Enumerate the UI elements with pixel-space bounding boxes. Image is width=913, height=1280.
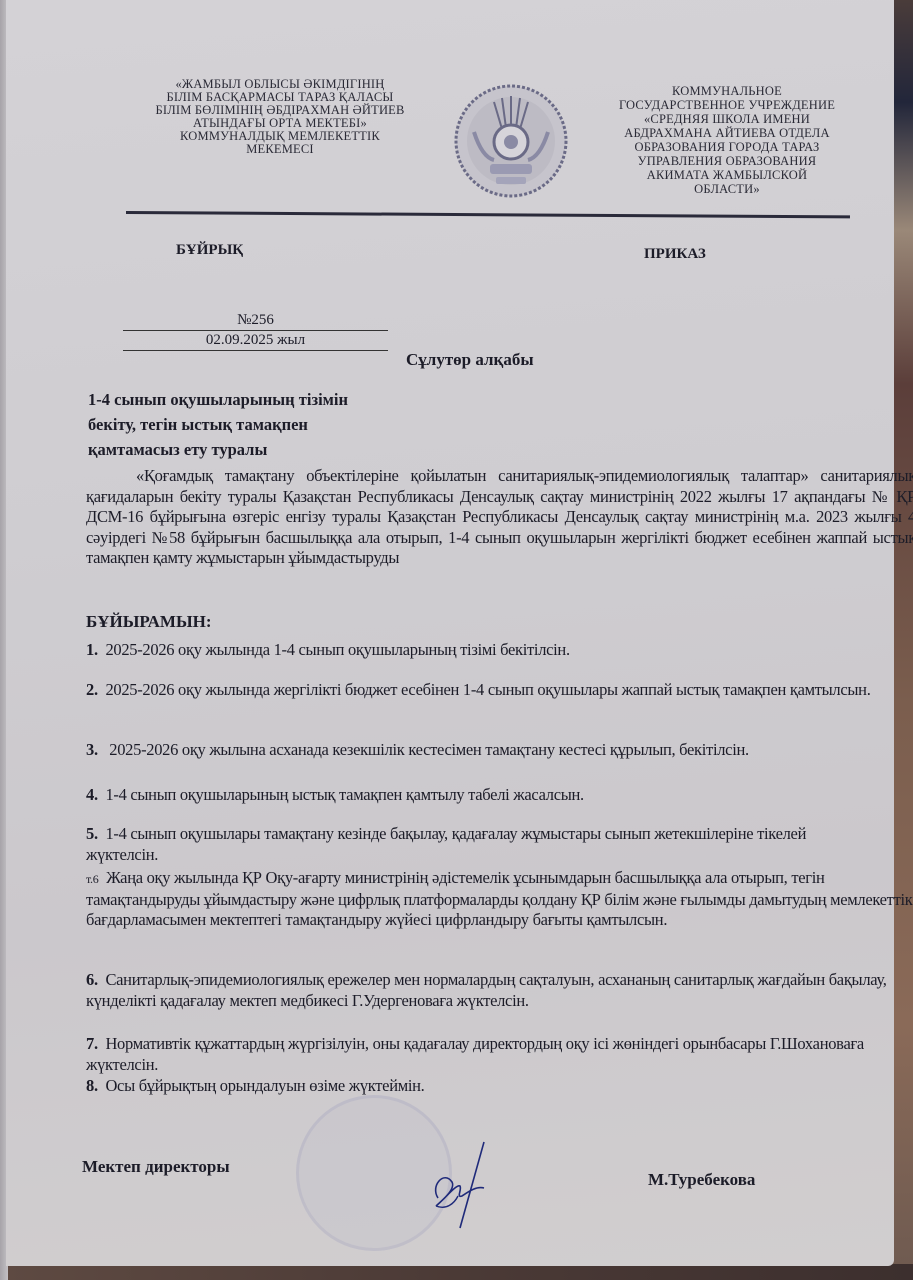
header-ru-line: ОБЛАСТИ»	[598, 182, 856, 196]
subject-line: 1-4 сынып оқушыларының тізімін	[88, 387, 348, 412]
item-text: Санитарлық-эпидемиологиялық ережелер мен…	[86, 970, 887, 1010]
header-kazakh: «ЖАМБЫЛ ОБЛЫСЫ ӘКІМДІГІНІҢ БІЛІМ БАСҚАРМ…	[130, 78, 430, 156]
signatory-name: М.Туребекова	[648, 1170, 755, 1190]
item-number: 8.	[86, 1076, 98, 1095]
item-text: Осы бұйрықтың орындалуын өзіме жүктеймін…	[105, 1076, 424, 1095]
doc-type-russian: ПРИКАЗ	[644, 246, 706, 263]
item-number: 6.	[86, 970, 98, 989]
order-item: 4. 1-4 сынып оқушыларының ыстық тамақпен…	[86, 785, 913, 806]
underline	[123, 330, 388, 331]
order-item: т.6 Жаңа оқу жылында ҚР Оқу-ағарту минис…	[86, 868, 913, 931]
order-heading: БҰЙЫРАМЫН:	[86, 612, 212, 632]
document-page: «ЖАМБЫЛ ОБЛЫСЫ ӘКІМДІГІНІҢ БІЛІМ БАСҚАРМ…	[6, 0, 894, 1266]
order-item: 3. 2025-2026 оқу жылына асханада кезекші…	[86, 740, 913, 761]
order-date: 02.09.2025 жыл	[123, 332, 388, 349]
subject-line: қамтамасыз ету туралы	[88, 437, 348, 462]
header-kz-line: МЕКЕМЕСІ	[130, 143, 430, 156]
item-number: 5.	[86, 824, 98, 843]
subject-line: бекіту, тегін ыстық тамақпен	[88, 412, 348, 437]
order-number: №256	[123, 312, 388, 329]
item-text: 1-4 сынып оқушылары тамақтану кезінде ба…	[86, 824, 806, 864]
header-russian: КОММУНАЛЬНОЕ ГОСУДАРСТВЕННОЕ УЧРЕЖДЕНИЕ …	[598, 84, 856, 196]
header-ru-line: ОБРАЗОВАНИЯ ГОРОДА ТАРАЗ	[598, 140, 856, 154]
header-ru-line: «СРЕДНЯЯ ШКОЛА ИМЕНИ	[598, 112, 856, 126]
intro-paragraph: «Қоғамдық тамақтану объектілеріне қойыла…	[86, 466, 913, 569]
item-text: 2025-2026 оқу жылында жергілікті бюджет …	[105, 680, 870, 699]
item-number: 4.	[86, 785, 98, 804]
state-emblem-icon	[452, 82, 570, 200]
order-item: 1. 2025-2026 оқу жылында 1-4 сынып оқушы…	[86, 640, 913, 661]
header-ru-line: АБДРАХМАНА АЙТИЕВА ОТДЕЛА	[598, 126, 856, 140]
item-text: 2025-2026 оқу жылында 1-4 сынып оқушылар…	[105, 640, 569, 659]
background-surface	[0, 1264, 913, 1280]
order-number-block: №256 02.09.2025 жыл	[123, 312, 388, 352]
header-ru-line: КОММУНАЛЬНОЕ	[598, 84, 856, 98]
order-item: 8. Осы бұйрықтың орындалуын өзіме жүктей…	[86, 1076, 913, 1097]
item-number: 1.	[86, 640, 98, 659]
header-ru-line: АКИМАТА ЖАМБЫЛСКОЙ	[598, 168, 856, 182]
header-ru-line: УПРАВЛЕНИЯ ОБРАЗОВАНИЯ	[598, 154, 856, 168]
underline	[123, 350, 388, 351]
item-number: т.6	[86, 872, 98, 886]
order-item: 2. 2025-2026 оқу жылында жергілікті бюдж…	[86, 680, 913, 701]
item-text: Нормативтік құжаттардың жүргізілуін, оны…	[86, 1034, 864, 1074]
order-subject: 1-4 сынып оқушыларының тізімін бекіту, т…	[88, 387, 348, 462]
item-number: 2.	[86, 680, 98, 699]
header-ru-line: ГОСУДАРСТВЕННОЕ УЧРЕЖДЕНИЕ	[598, 98, 856, 112]
signature-icon	[426, 1140, 506, 1240]
item-number: 3.	[86, 740, 98, 759]
item-text: Жаңа оқу жылында ҚР Оқу-ағарту министрін…	[86, 868, 913, 929]
signatory-role: Мектеп директоры	[82, 1157, 230, 1177]
item-text: 1-4 сынып оқушыларының ыстық тамақпен қа…	[105, 785, 583, 804]
order-item: 6. Санитарлық-эпидемиологиялық ережелер …	[86, 970, 913, 1011]
doc-type-kazakh: БҰЙРЫҚ	[176, 242, 243, 259]
order-item: 5. 1-4 сынып оқушылары тамақтану кезінде…	[86, 824, 876, 865]
header-divider	[126, 211, 850, 218]
order-item: 7. Нормативтік құжаттардың жүргізілуін, …	[86, 1034, 866, 1075]
item-text: 2025-2026 оқу жылына асханада кезекшілік…	[109, 740, 749, 759]
item-number: 7.	[86, 1034, 98, 1053]
place-name: Сұлутөр алқабы	[406, 350, 534, 370]
